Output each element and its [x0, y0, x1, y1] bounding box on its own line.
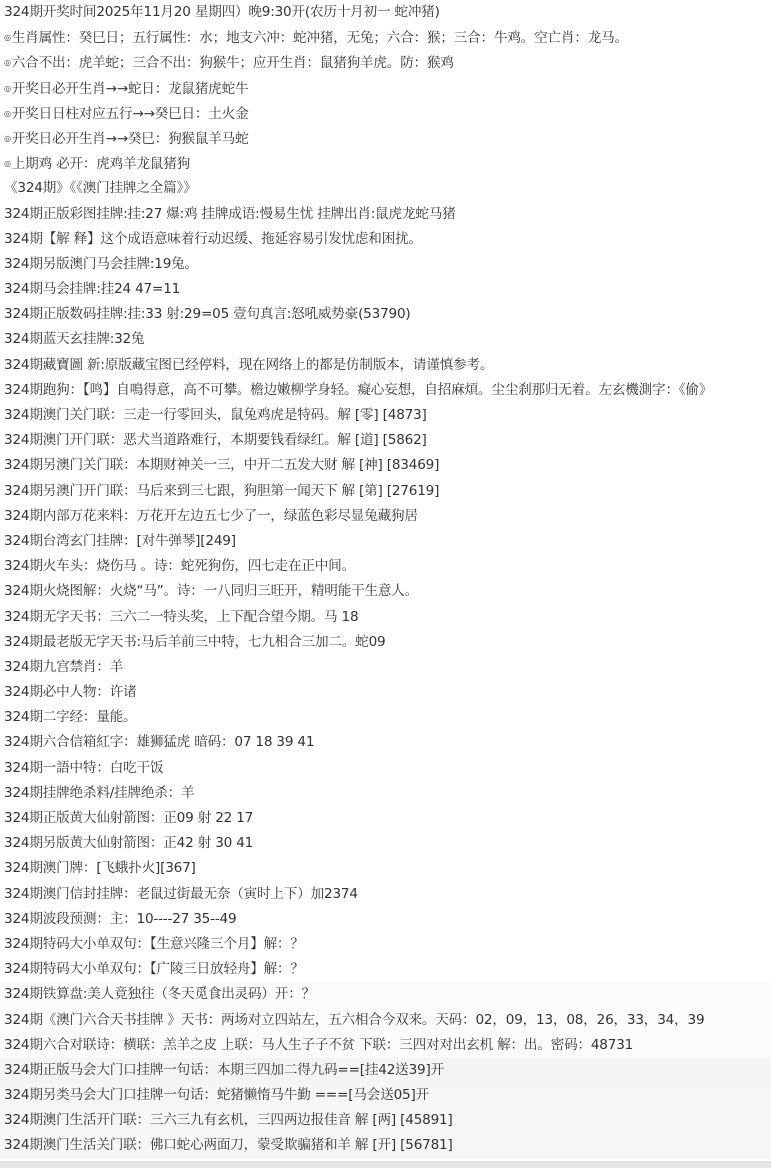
info-line-text: 324期火车头：烧伤马 。诗：蛇死狗伤，四七走在正中间。: [4, 558, 355, 574]
info-line: ◎生肖属性：癸巳日；五行属性：水；地支六冲：蛇冲猪，无兔；六合：猴；三合：牛鸡。…: [0, 25, 771, 50]
info-line-text: 六合不出：虎羊蛇；三合不出：狗猴牛；应开生肖：鼠猪狗羊虎。防：猴鸡: [12, 55, 454, 71]
info-line: 324期澳门关门联：三走一行零回头，鼠兔鸡虎是特码。解 [零] [4873]: [0, 403, 771, 428]
info-line-text: 324期火烧图解：火烧“马”。诗：一八同归三旺开，精明能干生意人。: [4, 583, 418, 599]
info-line: 324期另版黄大仙射箭图：正42 射 30 41: [0, 831, 771, 856]
info-line: 324期一語中特：白吃干饭: [0, 756, 771, 781]
info-line: 324期另类马会大门口挂牌一句话：蛇猪懒惰马牛勤 ===[马会送05]开: [0, 1083, 771, 1108]
info-line-text: 324期台湾玄门挂牌：[对牛弹琴][249]: [4, 533, 236, 549]
bullet-circle-icon: ◎: [4, 25, 11, 50]
info-line-text: 生肖属性：癸巳日；五行属性：水；地支六冲：蛇冲猪，无兔；六合：猴；三合：牛鸡。空…: [12, 30, 628, 46]
info-line-text: 324期无字天书：三六二一特头奖，上下配合望今期。马 18: [4, 609, 358, 625]
info-line: 324期澳门开门联：恶犬当道路难行，本期要钱看绿红。解 [道] [5862]: [0, 428, 771, 453]
info-line: ◎开奖日日柱对应五行→→癸巳日：土火金: [0, 101, 771, 126]
info-line-text: 324期《澳门六合天书挂牌 》天书：两场对立四站左，五六相合今双来。天码：02，…: [4, 1012, 704, 1028]
info-line-text: 324期正版黄大仙射箭图：正09 射 22 17: [4, 810, 253, 826]
info-line: 324期正版黄大仙射箭图：正09 射 22 17: [0, 806, 771, 831]
info-line: 324期另澳门开门联：马后来到三七跟，狗胆第一闻天下 解 [第] [27619]: [0, 479, 771, 504]
info-line: 324期澳门牌：[飞蛾扑火][367]: [0, 856, 771, 881]
info-line: 324期最老版无字天书:马后羊前三中特，七九相合三加二。蛇09: [0, 630, 771, 655]
info-line-text: 324期一語中特：白吃干饭: [4, 760, 163, 776]
info-line: ◎开奖日必开生肖→→蛇日：龙鼠猪虎蛇牛: [0, 76, 771, 101]
info-line: 324期台湾玄门挂牌：[对牛弹琴][249]: [0, 529, 771, 554]
info-line-text: 324期二字经：量能。: [4, 709, 137, 725]
bullet-circle-icon: ◎: [4, 76, 11, 101]
info-line-text: 324期正版数码挂牌:挂:33 射:29=05 壹句真言:怒吼威势豪(53790…: [4, 306, 411, 322]
info-line-text: 开奖日必开生肖→→癸巳：狗猴鼠羊马蛇: [12, 131, 249, 147]
info-line: 324期六合信箱紅字：雄狮猛虎 暗码：07 18 39 41: [0, 730, 771, 755]
info-line-text: 324期另澳门关门联：本期财神关一三，中开二五发大财 解 [神] [83469]: [4, 457, 439, 473]
info-line-text: 324期马会挂牌:挂24 47=11: [4, 281, 180, 297]
bullet-circle-icon: ◎: [4, 50, 11, 75]
info-line-text: 324期正版马会大门口挂牌一句话：本期三四加二得九码==[挂42送39]开: [4, 1062, 444, 1078]
info-line-text: 324期正版彩图挂牌:挂:27 爆:鸡 挂牌成语:慢易生忧 挂牌出肖:鼠虎龙蛇马…: [4, 206, 456, 222]
info-line-text: 324期澳门信封挂牌：老鼠过街最无奈（寅时上下）加2374: [4, 886, 358, 902]
info-line: 324期正版数码挂牌:挂:33 射:29=05 壹句真言:怒吼威势豪(53790…: [0, 302, 771, 327]
info-line: 324期马会挂牌:挂24 47=11: [0, 277, 771, 302]
info-line-text: 《324期》《《澳门挂牌之全篇》》: [4, 180, 196, 196]
info-line: 324期必中人物：许诸: [0, 680, 771, 705]
info-line-text: 上期鸡 必开：虎鸡羊龙鼠猪狗: [12, 156, 190, 172]
info-line: 《324期》《《澳门挂牌之全篇》》: [0, 176, 771, 201]
info-line: 324期无字天书：三六二一特头奖，上下配合望今期。马 18: [0, 605, 771, 630]
info-line: 324期特码大小单双句：【生意兴隆三个月】解：？: [0, 932, 771, 957]
info-line: 324期跑狗：【鸣】自鳴得意，高不可攀。檐边嫩柳学身轻。癡心妄想，自招麻煩。尘尘…: [0, 378, 771, 403]
info-line-text: 开奖日必开生肖→→蛇日：龙鼠猪虎蛇牛: [12, 81, 249, 97]
info-line-text: 324期必中人物：许诸: [4, 684, 137, 700]
info-line-text: 324期波段预测：主：10----27 35--49: [4, 911, 236, 927]
info-line: 324期波段预测：主：10----27 35--49: [0, 907, 771, 932]
info-line-text: 324期特码大小单双句：【广陵三日放轻舟】解：？: [4, 961, 304, 977]
info-line: 324期火烧图解：火烧“马”。诗：一八同归三旺开，精明能干生意人。: [0, 579, 771, 604]
info-line-text: 324期最老版无字天书:马后羊前三中特，七九相合三加二。蛇09: [4, 634, 385, 650]
info-line-text: 324期内部万花来料：万花开左边五七少了一，绿蓝色彩尽显兔藏狗居: [4, 508, 418, 524]
info-line: 324期六合对联诗：横联：羔羊之皮 上联：马人生子子不贫 下联：三四对对出玄机 …: [0, 1033, 771, 1058]
info-line: 324期另版澳门马会挂牌:19兔。: [0, 252, 771, 277]
info-line: 324期【解 释】这个成语意味着行动迟缓、拖延容易引发忧虑和困扰。: [0, 227, 771, 252]
info-line: ◎六合不出：虎羊蛇；三合不出：狗猴牛；应开生肖：鼠猪狗羊虎。防：猴鸡: [0, 50, 771, 75]
info-line: 324期澳门信封挂牌：老鼠过街最无奈（寅时上下）加2374: [0, 882, 771, 907]
info-line-text: 324期澳门生活开门联：三六三九有玄机，三四两边报佳音 解 [两] [45891…: [4, 1112, 453, 1128]
info-line: 324期澳门生活关门联：佛口蛇心两面刀，蒙受欺骗猪和羊 解 [开] [56781…: [0, 1133, 771, 1158]
info-line-text: 324期另澳门开门联：马后来到三七跟，狗胆第一闻天下 解 [第] [27619]: [4, 483, 439, 499]
info-line-text: 324期挂牌绝杀料/挂牌绝杀：羊: [4, 785, 194, 801]
info-line: 324期澳门生活开门联：三六三九有玄机，三四两边报佳音 解 [两] [45891…: [0, 1108, 771, 1133]
info-line-text: 324期铁算盘:美人竟独往（冬天觅食出灵码）开：？: [4, 986, 315, 1002]
info-line-text: 324期藏寶圖 新:原版藏宝图已经停料，现在网络上的都是仿制版本，请谨慎参考。: [4, 357, 493, 373]
info-line: 324期铁算盘:美人竟独往（冬天觅食出灵码）开：？: [0, 982, 771, 1007]
info-line: 324期蓝天玄挂牌:32兔: [0, 327, 771, 352]
info-line: 324期挂牌绝杀料/挂牌绝杀：羊: [0, 781, 771, 806]
info-line: 324期二字经：量能。: [0, 705, 771, 730]
info-line-text: 324期六合信箱紅字：雄狮猛虎 暗码：07 18 39 41: [4, 734, 314, 750]
info-line-text: 324期跑狗：【鸣】自鳴得意，高不可攀。檐边嫩柳学身轻。癡心妄想，自招麻煩。尘尘…: [4, 382, 712, 398]
bottom-scroll-edge: [0, 1161, 771, 1168]
info-line-text: 324期澳门牌：[飞蛾扑火][367]: [4, 860, 196, 876]
draw-time-header: 324期开奖时间2025年11月20 星期四）晚9:30开(农历十月初一 蛇冲猪…: [0, 0, 771, 25]
info-line: 324期火车头：烧伤马 。诗：蛇死狗伤，四七走在正中间。: [0, 554, 771, 579]
info-line: ◎开奖日必开生肖→→癸巳：狗猴鼠羊马蛇: [0, 126, 771, 151]
info-line-text: 324期另版黄大仙射箭图：正42 射 30 41: [4, 835, 253, 851]
bullet-circle-icon: ◎: [4, 126, 11, 151]
info-line: ◎上期鸡 必开：虎鸡羊龙鼠猪狗: [0, 151, 771, 176]
info-line-text: 324期蓝天玄挂牌:32兔: [4, 331, 144, 347]
info-line-text: 开奖日日柱对应五行→→癸巳日：土火金: [12, 106, 249, 122]
info-line-text: 324期【解 释】这个成语意味着行动迟缓、拖延容易引发忧虑和困扰。: [4, 231, 422, 247]
bullet-circle-icon: ◎: [4, 151, 11, 176]
info-line: 324期《澳门六合天书挂牌 》天书：两场对立四站左，五六相合今双来。天码：02，…: [0, 1008, 771, 1033]
info-line: 324期特码大小单双句：【广陵三日放轻舟】解：？: [0, 957, 771, 982]
info-line-text: 324期九宫禁肖：羊: [4, 659, 123, 675]
info-line-text: 324期特码大小单双句：【生意兴隆三个月】解：？: [4, 936, 304, 952]
info-line-text: 324期澳门开门联：恶犬当道路难行，本期要钱看绿红。解 [道] [5862]: [4, 432, 427, 448]
info-line: 324期正版马会大门口挂牌一句话：本期三四加二得九码==[挂42送39]开: [0, 1058, 771, 1083]
info-line: 324期九宫禁肖：羊: [0, 655, 771, 680]
info-line-text: 324期澳门关门联：三走一行零回头，鼠兔鸡虎是特码。解 [零] [4873]: [4, 407, 427, 423]
bullet-circle-icon: ◎: [4, 101, 11, 126]
info-line-text: 324期另版澳门马会挂牌:19兔。: [4, 256, 198, 272]
article-body: 324期开奖时间2025年11月20 星期四）晚9:30开(农历十月初一 蛇冲猪…: [0, 0, 771, 1159]
info-line: 324期另澳门关门联：本期财神关一三，中开二五发大财 解 [神] [83469]: [0, 453, 771, 478]
info-line: 324期正版彩图挂牌:挂:27 爆:鸡 挂牌成语:慢易生忧 挂牌出肖:鼠虎龙蛇马…: [0, 202, 771, 227]
info-line: 324期内部万花来料：万花开左边五七少了一，绿蓝色彩尽显兔藏狗居: [0, 504, 771, 529]
info-line: 324期藏寶圖 新:原版藏宝图已经停料，现在网络上的都是仿制版本，请谨慎参考。: [0, 353, 771, 378]
info-line-text: 324期开奖时间2025年11月20 星期四）晚9:30开(农历十月初一 蛇冲猪…: [4, 4, 440, 20]
info-line-text: 324期另类马会大门口挂牌一句话：蛇猪懒惰马牛勤 ===[马会送05]开: [4, 1087, 429, 1103]
info-line-text: 324期澳门生活关门联：佛口蛇心两面刀，蒙受欺骗猪和羊 解 [开] [56781…: [4, 1137, 453, 1153]
info-line-text: 324期六合对联诗：横联：羔羊之皮 上联：马人生子子不贫 下联：三四对对出玄机 …: [4, 1037, 633, 1053]
